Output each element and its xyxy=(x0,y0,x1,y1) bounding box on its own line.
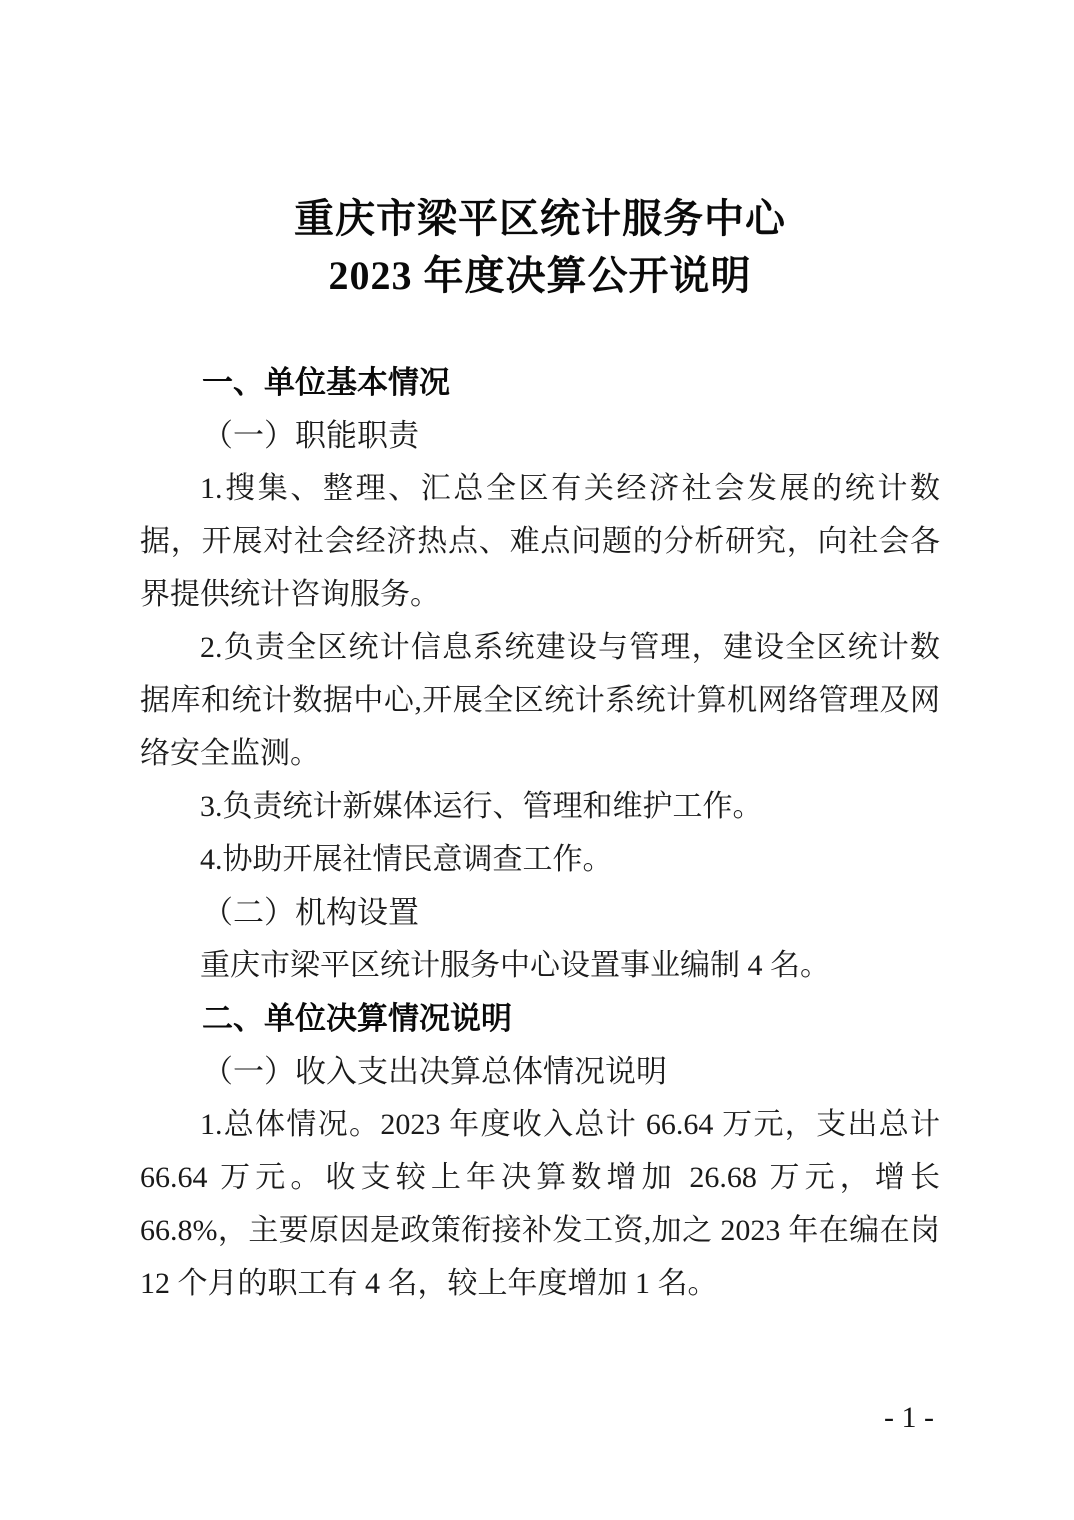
document-title-line1: 重庆市梁平区统计服务中心 xyxy=(140,190,940,247)
paragraph-overall-situation: 1.总体情况。2023 年度收入总计 66.64 万元，支出总计 66.64 万… xyxy=(140,1098,940,1310)
document-title-line2: 2023 年度决算公开说明 xyxy=(140,247,940,304)
subsection-heading-income-expense: （一）收入支出决算总体情况说明 xyxy=(140,1045,940,1098)
subsection-heading-duties: （一）职能职责 xyxy=(140,409,940,462)
document-page: 重庆市梁平区统计服务中心 2023 年度决算公开说明 一、单位基本情况 （一）职… xyxy=(0,0,1074,1520)
section-heading-basic-info: 一、单位基本情况 xyxy=(140,356,940,409)
paragraph-duty-1: 1.搜集、整理、汇总全区有关经济社会发展的统计数据，开展对社会经济热点、难点问题… xyxy=(140,462,940,621)
document-body: 一、单位基本情况 （一）职能职责 1.搜集、整理、汇总全区有关经济社会发展的统计… xyxy=(140,356,940,1310)
subsection-heading-org-setup: （二）机构设置 xyxy=(140,886,940,939)
section-heading-final-accounts: 二、单位决算情况说明 xyxy=(140,992,940,1045)
paragraph-duty-2: 2.负责全区统计信息系统建设与管理，建设全区统计数据库和统计数据中心,开展全区统… xyxy=(140,621,940,780)
document-content: 重庆市梁平区统计服务中心 2023 年度决算公开说明 一、单位基本情况 （一）职… xyxy=(140,190,940,1310)
paragraph-duty-3: 3.负责统计新媒体运行、管理和维护工作。 xyxy=(140,780,940,833)
paragraph-org-setup: 重庆市梁平区统计服务中心设置事业编制 4 名。 xyxy=(140,939,940,992)
document-title: 重庆市梁平区统计服务中心 2023 年度决算公开说明 xyxy=(140,190,940,304)
paragraph-duty-4: 4.协助开展社情民意调查工作。 xyxy=(140,833,940,886)
page-number: - 1 - xyxy=(884,1400,934,1436)
